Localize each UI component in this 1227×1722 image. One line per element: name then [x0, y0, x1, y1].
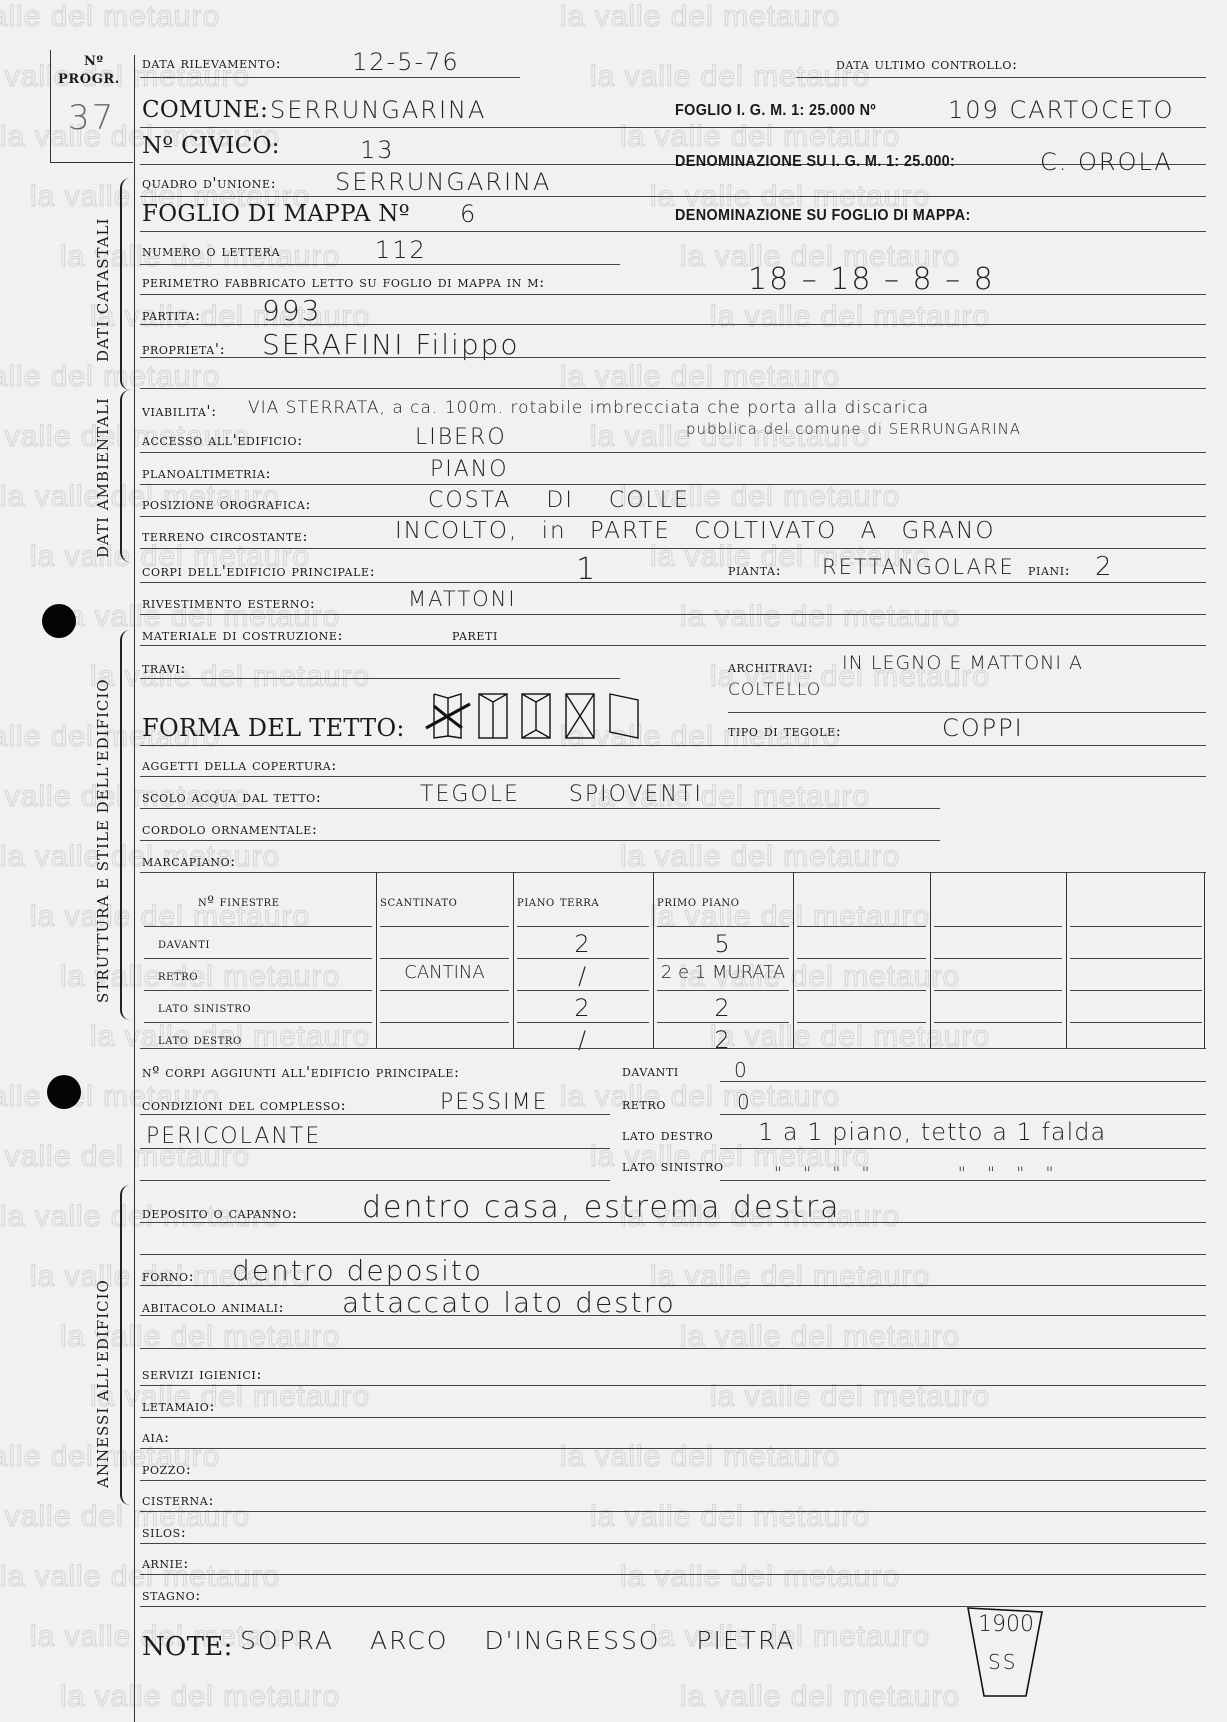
brace [120, 178, 132, 390]
foglio-mappa-label: FOGLIO DI MAPPA Nº [142, 201, 410, 227]
watermark-text: la valle del metauro [620, 1560, 900, 1594]
rule [140, 196, 1206, 197]
architravi-value[interactable]: IN LEGNO E MATTONI A [842, 652, 1083, 674]
watermark-text: la valle del metauro [60, 1680, 340, 1714]
table-cell[interactable]: 2 [653, 994, 793, 1022]
brace [120, 630, 132, 1020]
denom-igm-label: DENOMINAZIONE SU I. G. M. 1: 25.000: [675, 153, 955, 171]
rule [728, 712, 1206, 713]
denom-igm-value[interactable]: C. OROLA [1040, 148, 1173, 176]
civico-value[interactable]: 13 [360, 136, 395, 164]
forno-value[interactable]: dentro deposito [232, 1254, 483, 1287]
silos-label: SILOS: [142, 1523, 186, 1541]
watermark-text: la valle del metauro [650, 1260, 930, 1294]
rule [380, 1022, 509, 1023]
rule [140, 1315, 1206, 1316]
rule [1070, 1022, 1202, 1023]
rule [140, 1222, 1206, 1223]
rule [140, 840, 940, 841]
keystone-ss: SS [988, 1650, 1017, 1674]
rule [140, 776, 1206, 777]
watermark-text: la valle del metauro [0, 840, 280, 874]
rule [797, 958, 926, 959]
scolo-value[interactable]: TEGOLE SPIOVENTI [420, 782, 703, 807]
viabilita-value[interactable]: VIA STERRATA, a ca. 100m. rotabile imbre… [248, 398, 929, 418]
rule [140, 1148, 610, 1149]
table-row-label: RETRO [158, 968, 198, 984]
foglio-igm-value[interactable]: 109 CARTOCETO [948, 96, 1175, 124]
rule [140, 388, 1206, 389]
rivestimento-label: RIVESTIMENTO ESTERNO: [142, 594, 315, 612]
note-value[interactable]: SOPRA ARCO D'INGRESSO PIETRA [240, 1626, 795, 1655]
rule [657, 926, 789, 927]
travi-label: TRAVI: [142, 659, 186, 677]
rule [517, 990, 649, 991]
roof-option-hip-one-icon [479, 694, 507, 738]
table-cell[interactable]: 2 [653, 1026, 793, 1054]
rule [140, 1048, 1206, 1049]
rule [144, 1022, 372, 1023]
section-dati-catastali: DATI CATASTALI [94, 218, 112, 362]
binding-hole [47, 1075, 81, 1109]
roof-option-hip-both-icon [522, 694, 550, 738]
rule [140, 645, 1206, 646]
data-ultimo-controllo-label: DATA ULTIMO CONTROLLO: [836, 55, 1018, 73]
rule [144, 958, 372, 959]
quadro-value[interactable]: SERRUNGARINA [335, 168, 551, 196]
aggiunti-lato-sinistro-value[interactable]: " " " " " " " " [774, 1164, 1061, 1184]
rule [140, 582, 1206, 583]
rule [380, 990, 509, 991]
rule [140, 614, 1206, 615]
comune-value[interactable]: SERRUNGARINA [270, 96, 486, 124]
roof-option-pyramid-icon [566, 694, 594, 738]
watermark-text: la valle del metauro [560, 1440, 840, 1474]
rule [517, 926, 649, 927]
watermark-text: la valle del metauro [620, 840, 900, 874]
quadro-label: QUADRO D'UNIONE: [142, 174, 276, 192]
viabilita-value-2[interactable]: pubblica del comune di SERRUNGARINA [686, 420, 1021, 438]
viabilita-label: VIABILITA': [142, 402, 217, 420]
rule [380, 926, 509, 927]
watermark-text: la valle del metauro [90, 660, 370, 694]
rule [797, 1022, 926, 1023]
planoaltimetria-label: PLANOALTIMETRIA: [142, 464, 271, 482]
rule [144, 926, 372, 927]
letamaio-label: LETAMAIO: [142, 1397, 215, 1415]
posizione-value[interactable]: COSTA DI COLLE [428, 488, 690, 513]
rule [140, 1385, 1206, 1386]
rule [140, 484, 1206, 485]
rule [797, 926, 926, 927]
architravi-label: ARCHITRAVI: [728, 658, 814, 676]
rule [720, 1180, 1206, 1181]
rule [934, 958, 1062, 959]
table-cell[interactable]: 5 [653, 930, 793, 958]
progr-label-2: PROGR. [58, 72, 120, 87]
roof-option-gable-icon [426, 694, 470, 738]
rule [144, 990, 372, 991]
table-header: SCANTINATO [380, 894, 457, 910]
table-cell[interactable]: / [513, 962, 653, 990]
table-column-divider [793, 872, 794, 1048]
rule [140, 1448, 1206, 1449]
table-column-divider [1204, 872, 1205, 1048]
servizi-label: SERVIZI IGIENICI: [142, 1365, 262, 1383]
rule [140, 1114, 610, 1115]
tegole-label: TIPO DI TEGOLE: [728, 722, 841, 740]
table-header: PIANO TERRA [517, 894, 599, 910]
rule [934, 1022, 1062, 1023]
aggetti-label: AGGETTI DELLA COPERTURA: [142, 756, 337, 774]
planoaltimetria-value[interactable]: PIANO [430, 457, 509, 482]
deposito-label: DEPOSITO o CAPANNO: [142, 1204, 297, 1222]
rule [140, 231, 1206, 232]
pianta-label: PIANTA: [728, 561, 781, 579]
data-rilevamento-value[interactable]: 12-5-76 [352, 48, 460, 76]
corpi-label: CORPI DELL'EDIFICIO PRINCIPALE: [142, 562, 375, 580]
data-rilevamento-label: DATA RILEVAMENTO: [142, 54, 281, 72]
proprieta-label: PROPRIETA': [142, 340, 225, 358]
finestre-table: Nº FINESTRESCANTINATOPIANO TERRAPRIMO PI… [140, 872, 1206, 1048]
progr-label: Nº [84, 54, 104, 69]
rule [140, 1574, 1206, 1575]
table-column-divider [376, 872, 377, 1048]
tegole-value[interactable]: COPPI [942, 714, 1024, 742]
forno-label: FORNO: [142, 1267, 194, 1285]
materiale-label: MATERIALE DI COSTRUZIONE: [142, 626, 343, 644]
rule [720, 1148, 1206, 1149]
rule [140, 1511, 1206, 1512]
watermark-text: la valle del metauro [560, 0, 840, 34]
table-row-label: DAVANTI [158, 936, 210, 952]
rule [720, 1081, 1206, 1082]
watermark-text: la valle del metauro [0, 1560, 280, 1594]
rule [797, 990, 926, 991]
perimetro-label: PERIMETRO FABBRICATO LETTO SU FOGLIO DI … [142, 273, 545, 291]
aggiunti-lato-destro-label: LATO DESTRO [622, 1126, 713, 1144]
denom-mappa-label: DENOMINAZIONE SU FOGLIO DI MAPPA: [675, 207, 971, 225]
rule [140, 808, 940, 809]
watermark-text: la valle del metauro [590, 1500, 870, 1534]
pozzo-label: POZZO: [142, 1460, 191, 1478]
table-column-divider [930, 872, 931, 1048]
watermark-text: la valle del metauro [560, 1080, 840, 1114]
condizioni-value-2[interactable]: PERICOLANTE [146, 1124, 321, 1149]
rule [657, 1022, 789, 1023]
margin-line [134, 55, 135, 1722]
rule [140, 1348, 1206, 1349]
table-cell[interactable]: 2 [513, 930, 653, 958]
section-dati-ambientali: DATI AMBIENTALI [94, 397, 112, 558]
terreno-label: TERRENO CIRCOSTANTE: [142, 527, 308, 545]
rule [796, 77, 1206, 78]
rule [140, 548, 1206, 549]
aggiunti-davanti-value[interactable]: 0 [734, 1058, 749, 1082]
civico-label: Nº CIVICO: [142, 133, 280, 159]
note-label: NOTE: [142, 1632, 233, 1662]
rule [934, 990, 1062, 991]
table-cell[interactable]: 2 e 1 MURATA [653, 962, 793, 983]
marcapiano-label: MARCAPIANO: [142, 852, 236, 870]
table-cell[interactable]: / [513, 1026, 653, 1054]
rule [140, 77, 520, 78]
architravi-value-2[interactable]: COLTELLO [728, 680, 821, 700]
section-annessi: ANNESSI ALL'EDIFICIO [94, 1279, 112, 1488]
watermark-text: la valle del metauro [620, 120, 900, 154]
abitacolo-label: ABITACOLO ANIMALI: [142, 1298, 284, 1316]
rule [140, 324, 1206, 325]
rule [140, 357, 1206, 358]
rule [720, 1114, 1206, 1115]
aggiunti-retro-label: RETRO [622, 1095, 666, 1113]
rule [380, 958, 509, 959]
table-cell[interactable]: 2 [513, 994, 653, 1022]
rule [1070, 990, 1202, 991]
foglio-igm-label: FOGLIO I. G. M. 1: 25.000 Nº [675, 102, 876, 120]
pianta-value[interactable]: RETTANGOLARE [822, 555, 1015, 579]
terreno-value[interactable]: INCOLTO, in PARTE COLTIVATO A GRANO [395, 518, 995, 544]
rule [934, 926, 1062, 927]
binding-hole [42, 604, 76, 638]
materiale-value: PARETI [452, 626, 498, 644]
rule [140, 678, 620, 679]
watermark-text: la valle del metauro [710, 300, 990, 334]
rule [140, 1480, 1206, 1481]
rule [657, 958, 789, 959]
rule [140, 1417, 1206, 1418]
watermark-text: la valle del metauro [0, 0, 220, 34]
accesso-value[interactable]: LIBERO [415, 425, 507, 450]
rivestimento-value[interactable]: MATTONI [408, 587, 517, 611]
rule [1070, 926, 1202, 927]
table-row-label: LATO DESTRO [158, 1032, 242, 1048]
roof-shape-options[interactable] [424, 686, 644, 766]
cisterna-label: CISTERNA: [142, 1491, 214, 1509]
rule [140, 745, 1206, 746]
aggiunti-davanti-label: DAVANTI [622, 1062, 679, 1080]
table-header: Nº FINESTRE [198, 894, 280, 910]
numero-value[interactable]: 112 [375, 236, 427, 264]
partita-label: PARTITA: [142, 306, 201, 324]
progr-value: 37 [68, 98, 115, 138]
piani-label: PIANI: [1028, 561, 1070, 579]
comune-label: COMUNE: [142, 97, 268, 123]
piani-value[interactable]: 2 [1095, 552, 1114, 582]
stagno-label: STAGNO: [142, 1586, 201, 1604]
arnie-label: ARNIE: [142, 1554, 189, 1572]
table-header: PRIMO PIANO [657, 894, 740, 910]
accesso-label: ACCESSO ALL'EDIFICIO: [142, 431, 303, 449]
deposito-value[interactable]: dentro casa, estrema destra [362, 1190, 841, 1225]
condizioni-value[interactable]: PESSIME [440, 1090, 548, 1115]
watermark-text: la valle del metauro [680, 1680, 960, 1714]
rule [1070, 958, 1202, 959]
rule [140, 1543, 1206, 1544]
section-struttura: STRUTTURA E STILE DELL'EDIFICIO [94, 678, 112, 1003]
rule [517, 958, 649, 959]
scolo-label: SCOLO ACQUA DAL TETTO: [142, 788, 321, 806]
brace [120, 1185, 132, 1505]
forma-tetto-label: FORMA DEL TETTO: [142, 714, 405, 742]
condizioni-label: CONDIZIONI DEL COMPLESSO: [142, 1096, 346, 1114]
table-row-label: LATO SINISTRO [158, 1000, 251, 1016]
rule [140, 452, 1206, 453]
numero-label: NUMERO o LETTERA [142, 242, 280, 260]
cordolo-label: CORDOLO ORNAMENTALE: [142, 820, 318, 838]
rule [140, 1180, 610, 1181]
table-cell[interactable]: CANTINA [376, 962, 513, 983]
aia-label: AIA: [142, 1428, 170, 1446]
roof-option-shed-icon [610, 694, 638, 738]
watermark-text: la valle del metauro [680, 600, 960, 634]
rule [140, 127, 1206, 128]
perimetro-value[interactable]: 18 – 18 – 8 – 8 [748, 262, 995, 297]
brace [120, 390, 132, 562]
keystone-date: 1900 [978, 1612, 1034, 1637]
rule [657, 990, 789, 991]
rule [140, 516, 1206, 517]
rule [140, 264, 620, 265]
rule [517, 1022, 649, 1023]
partita-value[interactable]: 993 [262, 294, 321, 327]
aggiunti-lato-sinistro-label: LATO SINISTRO [622, 1157, 724, 1175]
table-column-divider [1066, 872, 1067, 1048]
foglio-mappa-value[interactable]: 6 [460, 200, 477, 228]
posizione-label: POSIZIONE OROGRAFICA: [142, 495, 311, 513]
aggiunti-retro-value[interactable]: 0 [737, 1090, 752, 1114]
aggiunti-lato-destro-value[interactable]: 1 a 1 piano, tetto a 1 falda [758, 1118, 1106, 1146]
aggiunti-label: Nº CORPI AGGIUNTI ALL'EDIFICIO PRINCIPAL… [142, 1063, 460, 1081]
